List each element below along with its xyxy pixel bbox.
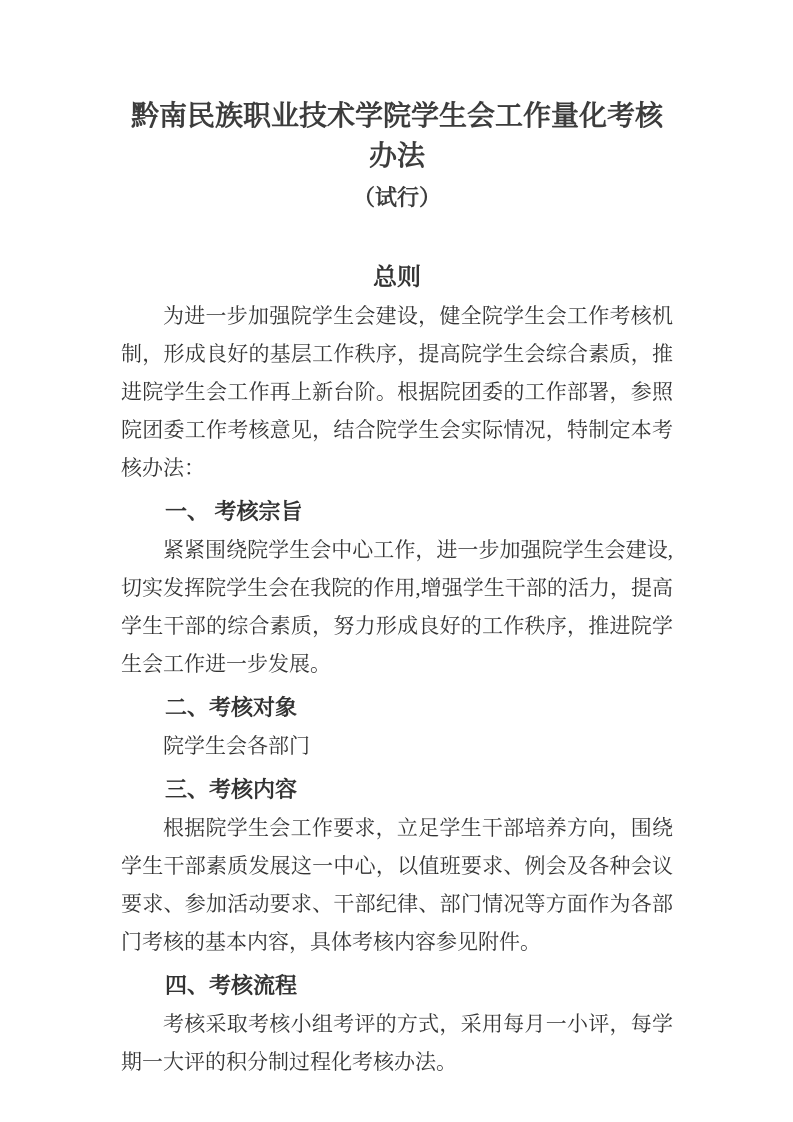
section-2-paragraph: 院学生会各部门 (121, 727, 673, 765)
section-2-heading: 二、考核对象 (121, 689, 673, 727)
document-title: 黔南民族职业技术学院学生会工作量化考核办法 (121, 97, 673, 177)
section-3-paragraph: 根据院学生会工作要求，立足学生干部培养方向，围绕学生干部素质发展这一中心，以值班… (121, 809, 673, 961)
general-rules-paragraph: 为进一步加强院学生会建设，健全院学生会工作考核机制，形成良好的基层工作秩序，提高… (121, 297, 673, 487)
document-subtitle: （试行） (121, 181, 673, 215)
section-1-heading: 一、 考核宗旨 (121, 493, 673, 531)
section-4-paragraph: 考核采取考核小组考评的方式，采用每月一小评，每学期一大评的积分制过程化考核办法。 (121, 1005, 673, 1081)
section-1-paragraph: 紧紧围绕院学生会中心工作，进一步加强院学生会建设,切实发挥院学生会在我院的作用,… (121, 531, 673, 683)
general-rules-heading: 总则 (121, 259, 673, 297)
section-4-heading: 四、考核流程 (121, 967, 673, 1005)
section-3-heading: 三、考核内容 (121, 771, 673, 809)
document-page: 黔南民族职业技术学院学生会工作量化考核办法 （试行） 总则 为进一步加强院学生会… (0, 0, 793, 1122)
